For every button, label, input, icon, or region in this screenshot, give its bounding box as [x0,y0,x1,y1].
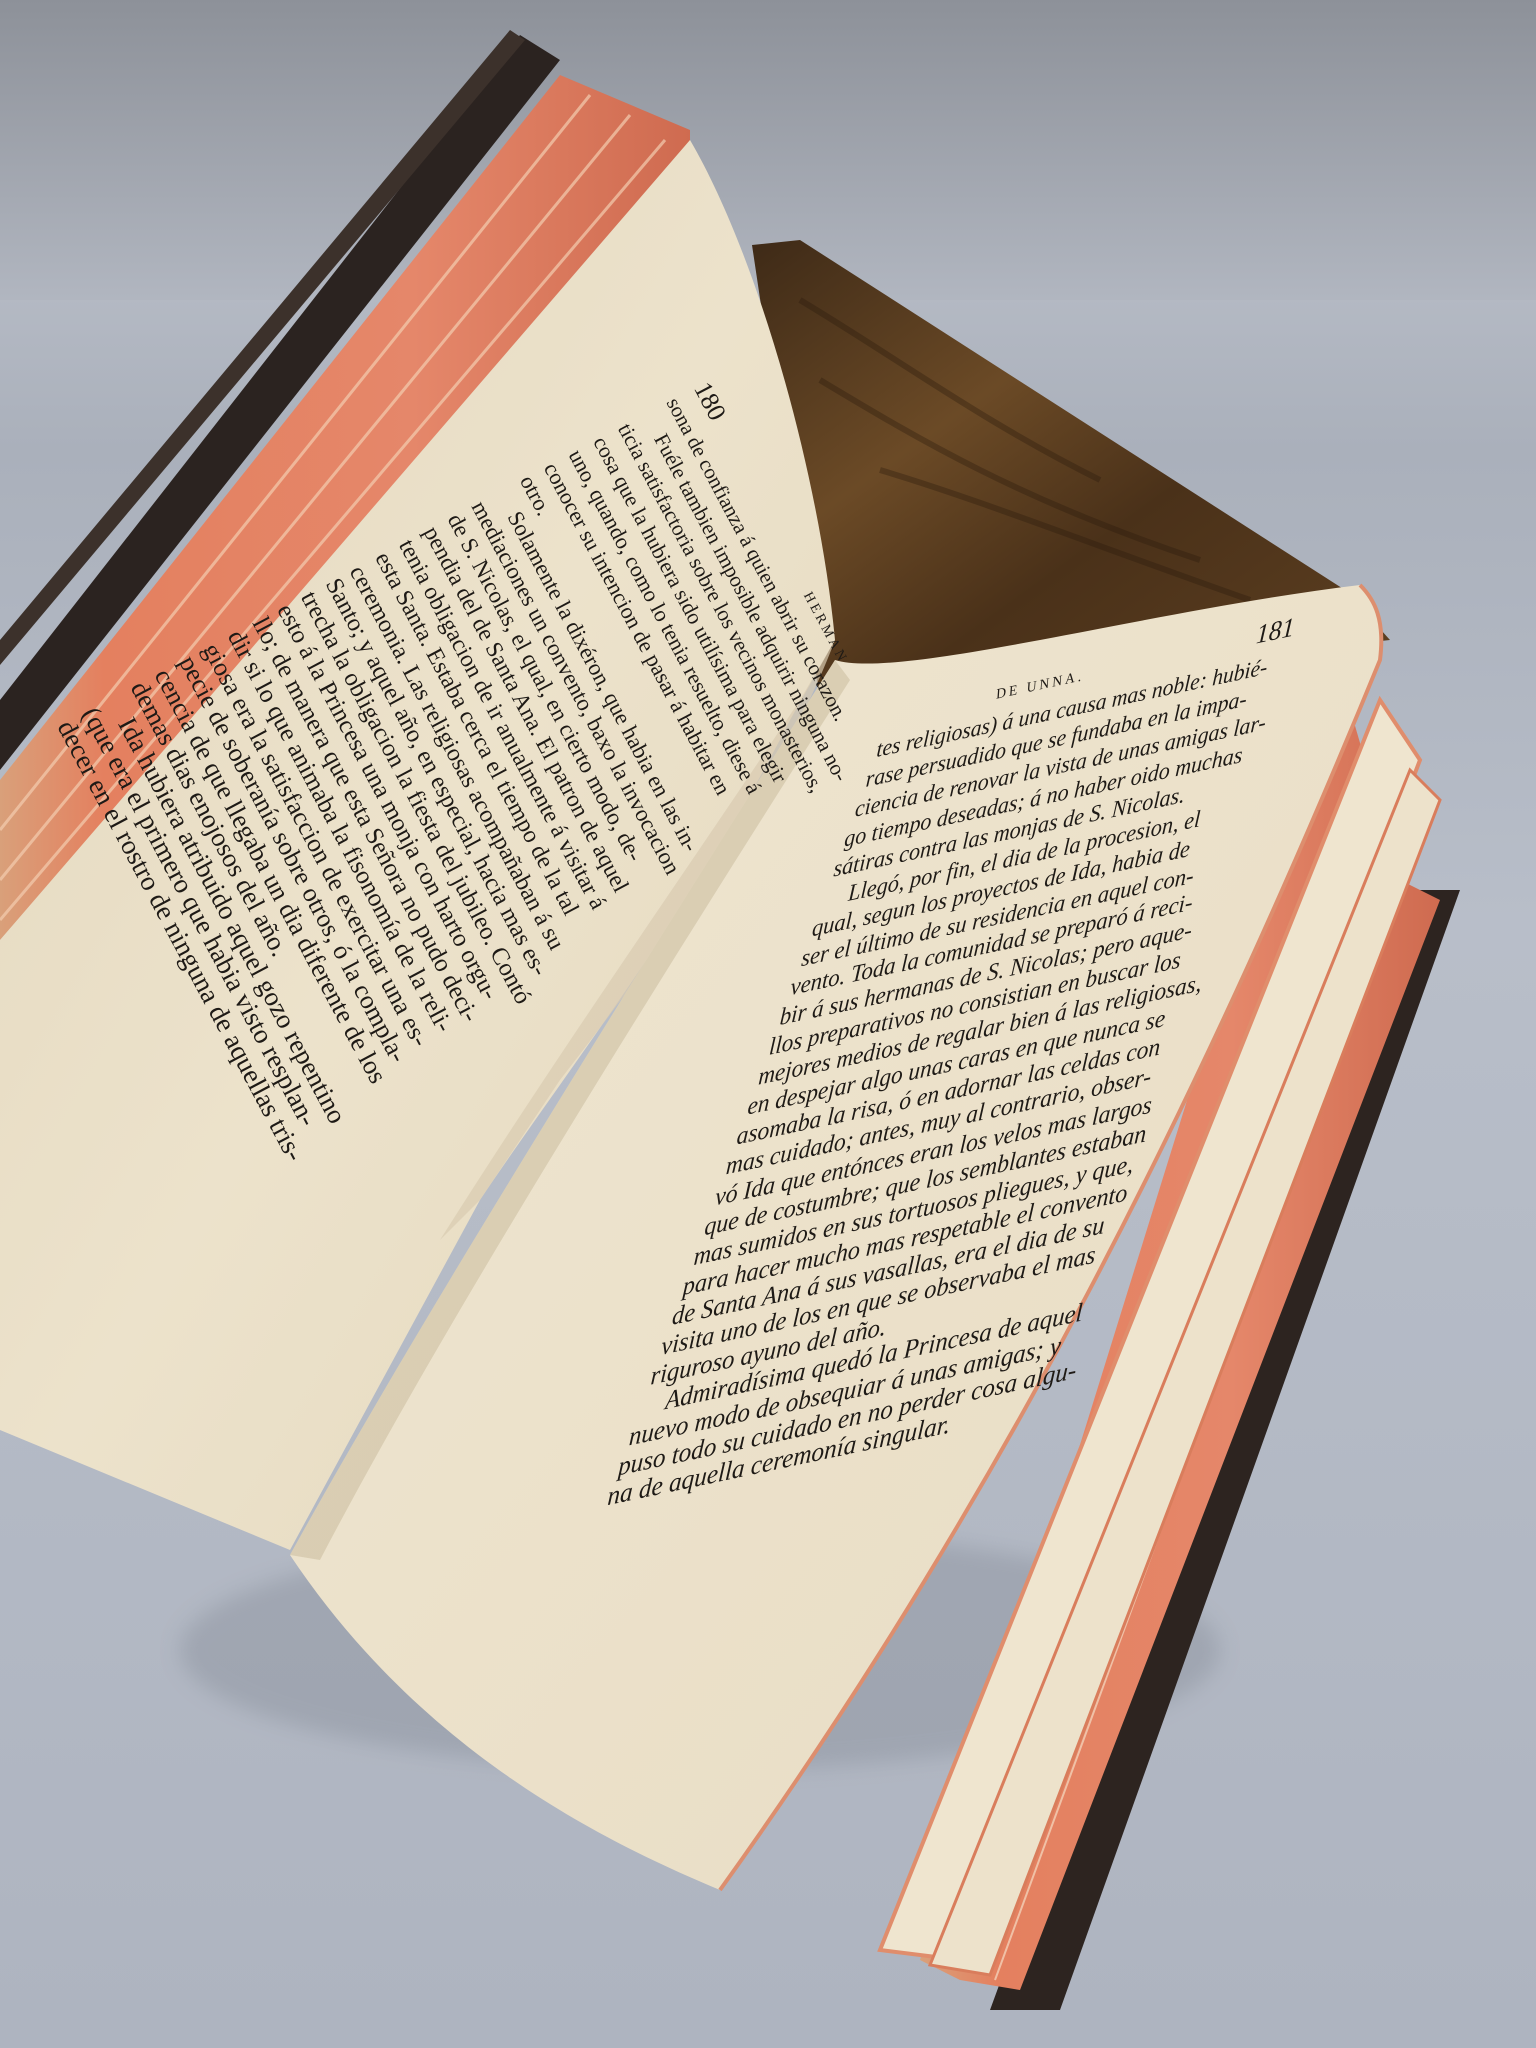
right-page-lines: tes religiosas) á una causa mas noble: h… [827,647,1293,1464]
right-page-text: DE UNNA. 181 tes religiosas) á una causa… [827,614,1296,1464]
